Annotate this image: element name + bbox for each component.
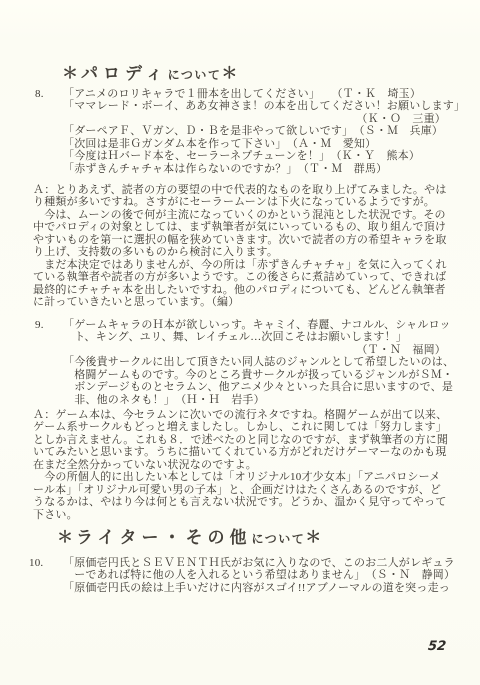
- heading-title: パロディ: [81, 64, 168, 83]
- scanned-document-page: ＊パロディについて＊ 8. 「アニメのロリキャラで１冊本を出してください」 （Ｔ…: [0, 0, 480, 685]
- heading-asterisk-left: ＊: [62, 65, 81, 82]
- text-line: 「今度はＨバード本を、セーラーネプチューンを！」 （Ｋ・Ｙ 熊本）: [63, 150, 448, 162]
- text-line: うなるかは、やはり今は何とも言えない状況です。どうか、温かく見守ってやって: [33, 496, 448, 508]
- heading-suffix: について: [252, 532, 306, 546]
- answer-paragraph-9: Ａ：ゲーム本は、今セラムンに次いでの流行ネタですね。格闘ゲームが出て以来、 ゲー…: [33, 409, 448, 521]
- text-line: 下さい。: [33, 509, 448, 521]
- text-line: 中でパロディの対象としては、まず執筆者が気にいっているもの、取り組んで頂け: [33, 221, 448, 233]
- section-heading-parody: ＊パロディについて＊: [62, 59, 240, 84]
- text-line: 今の所個人的に出したい本としては「オリジナル10才少女本」「アニパロシーメ: [33, 471, 448, 483]
- text-line: 「ダーペアＦ、Ｖガン、Ｄ・Ｂを是非やって欲しいです」 （Ｓ・Ｍ 兵庫）: [63, 125, 448, 137]
- text-line: 今は、ムーンの後で何が主流になっていくのかという混沌とした状況です。その: [33, 209, 448, 221]
- heading-asterisk-left: ＊: [57, 529, 76, 546]
- text-line: 非、他のネタも！」 （Ｈ・Ｈ 岩手）: [63, 394, 448, 406]
- text-line: 「ママレード・ボーイ、ああ女神さま！の本を出してください！お願いします」: [63, 100, 448, 112]
- text-line: ボンデージものとセラムン、他アニメ少々といった具合に思いますので、是: [63, 381, 448, 393]
- text-line: 「赤ずきんチャチャ本は作らないのですか？」 （Ｔ・Ｍ 群馬）: [63, 163, 448, 175]
- text-line: 「今後貴サークルに出して頂きたい同人誌のジャンルとして希望したいのは、: [63, 356, 448, 368]
- text-line: Ａ：ゲーム本は、今セラムンに次いでの流行ネタですね。格闘ゲームが出て以来、: [33, 409, 448, 421]
- question-item-9: 9. 「ゲームキャラのＨ本が欲しいっす。キャミイ、春麗、ナコルル、シャルロッ ト…: [33, 319, 448, 406]
- heading-asterisk-right: ＊: [221, 65, 240, 82]
- text-line: ている執筆者や読者の方が多いようです。この後さらに煮詰めていって、できれば: [33, 271, 448, 283]
- text-line: やすいものを第一に選択の幅を狭めていきます。次いで読者の方の希望キャラを取: [33, 234, 448, 246]
- text-line: 「次回は是非Ｇガンダム本を作って下さい」 （Ａ・Ｍ 愛知）: [63, 138, 448, 150]
- text-line: ーであれば特に他の人を入れるという希望はありません」 （Ｓ・Ｎ 静岡）: [63, 569, 448, 581]
- question-number: 9.: [35, 319, 44, 331]
- text-line: 格闘ゲームものです。今のところ貴サークルが扱っているジャンルがＳＭ・: [63, 369, 448, 381]
- text-line: （Ｔ・Ｎ 福岡）: [63, 344, 448, 356]
- question-item-8: 8. 「アニメのロリキャラで１冊本を出してください」 （Ｔ・Ｋ 埼玉） 「ママレ…: [33, 88, 448, 175]
- text-line: 「アニメのロリキャラで１冊本を出してください」 （Ｔ・Ｋ 埼玉）: [63, 88, 448, 100]
- heading-asterisk-right: ＊: [305, 529, 324, 546]
- text-line: 在まだ全然分かっていない状況なのですよ。: [33, 459, 448, 471]
- text-line: 「原価壱円氏とＳＥＶＥＮＴＨ氏がお気に入りなので、このお二人がレギュラ: [63, 557, 448, 569]
- question-number: 8.: [35, 88, 44, 100]
- text-line: （Ｋ・Ｏ 三重）: [63, 113, 448, 125]
- question-quotes: 「ゲームキャラのＨ本が欲しいっす。キャミイ、春麗、ナコルル、シャルロッ ト、キン…: [63, 319, 448, 406]
- text-line: に計っていきたいと思っています。（編）: [33, 296, 448, 308]
- text-line: り種類が多いですね。さすがにセーラームーンは下火になっているようですが。: [33, 196, 448, 208]
- section-heading-writer-other: ＊ライター・その他について＊: [57, 523, 324, 548]
- text-line: ト、キング、ユリ、舞、レイチェル…次回こそはお願いします！」: [63, 331, 448, 343]
- text-line: としか言えません。これも８．で述べたのと同じなのですが、まず執筆者の方に聞: [33, 434, 448, 446]
- heading-suffix: について: [168, 68, 222, 82]
- text-line: ール本」「オリジナル可愛い男の子本」と、企画だけはたくさんあるのですが、ど: [33, 484, 448, 496]
- text-line: 最終的にチャチャ本を出したいですね。他のパロディについても、どんどん執筆者: [33, 284, 448, 296]
- text-line: 「原価壱円氏の絵は上手いだけに内容がスゴイ!!アブノーマルの道を突っ走っ: [63, 582, 448, 594]
- text-line: まだ本決定ではありませんが、今の所は「赤ずきんチャチャ」を気に入ってくれ: [33, 259, 448, 271]
- heading-title: ライター・その他: [76, 528, 252, 547]
- question-quotes: 「原価壱円氏とＳＥＶＥＮＴＨ氏がお気に入りなので、このお二人がレギュラ ーであれ…: [63, 557, 448, 594]
- text-line: 「ゲームキャラのＨ本が欲しいっす。キャミイ、春麗、ナコルル、シャルロッ: [63, 319, 448, 331]
- text-line: Ａ：とりあえず、読者の方の要望の中で代表的なものを取り上げてみました。やは: [33, 184, 448, 196]
- text-line: ゲーム系サークルもどっと増えましたし。しかし、これに関しては「努力します」: [33, 421, 448, 433]
- text-line: いてみたいと思います。うちに描いてくれている方がどれだけゲーマーなのかも現: [33, 446, 448, 458]
- page-number: 52: [427, 639, 447, 654]
- question-item-10: 10. 「原価壱円氏とＳＥＶＥＮＴＨ氏がお気に入りなので、このお二人がレギュラ …: [33, 557, 448, 594]
- question-quotes: 「アニメのロリキャラで１冊本を出してください」 （Ｔ・Ｋ 埼玉） 「ママレード・…: [63, 88, 448, 175]
- answer-paragraph-8: Ａ：とりあえず、読者の方の要望の中で代表的なものを取り上げてみました。やは り種…: [33, 184, 448, 309]
- text-line: り上げ、支持数の多いものから検討に入ります。: [33, 246, 448, 258]
- question-number: 10.: [29, 557, 43, 569]
